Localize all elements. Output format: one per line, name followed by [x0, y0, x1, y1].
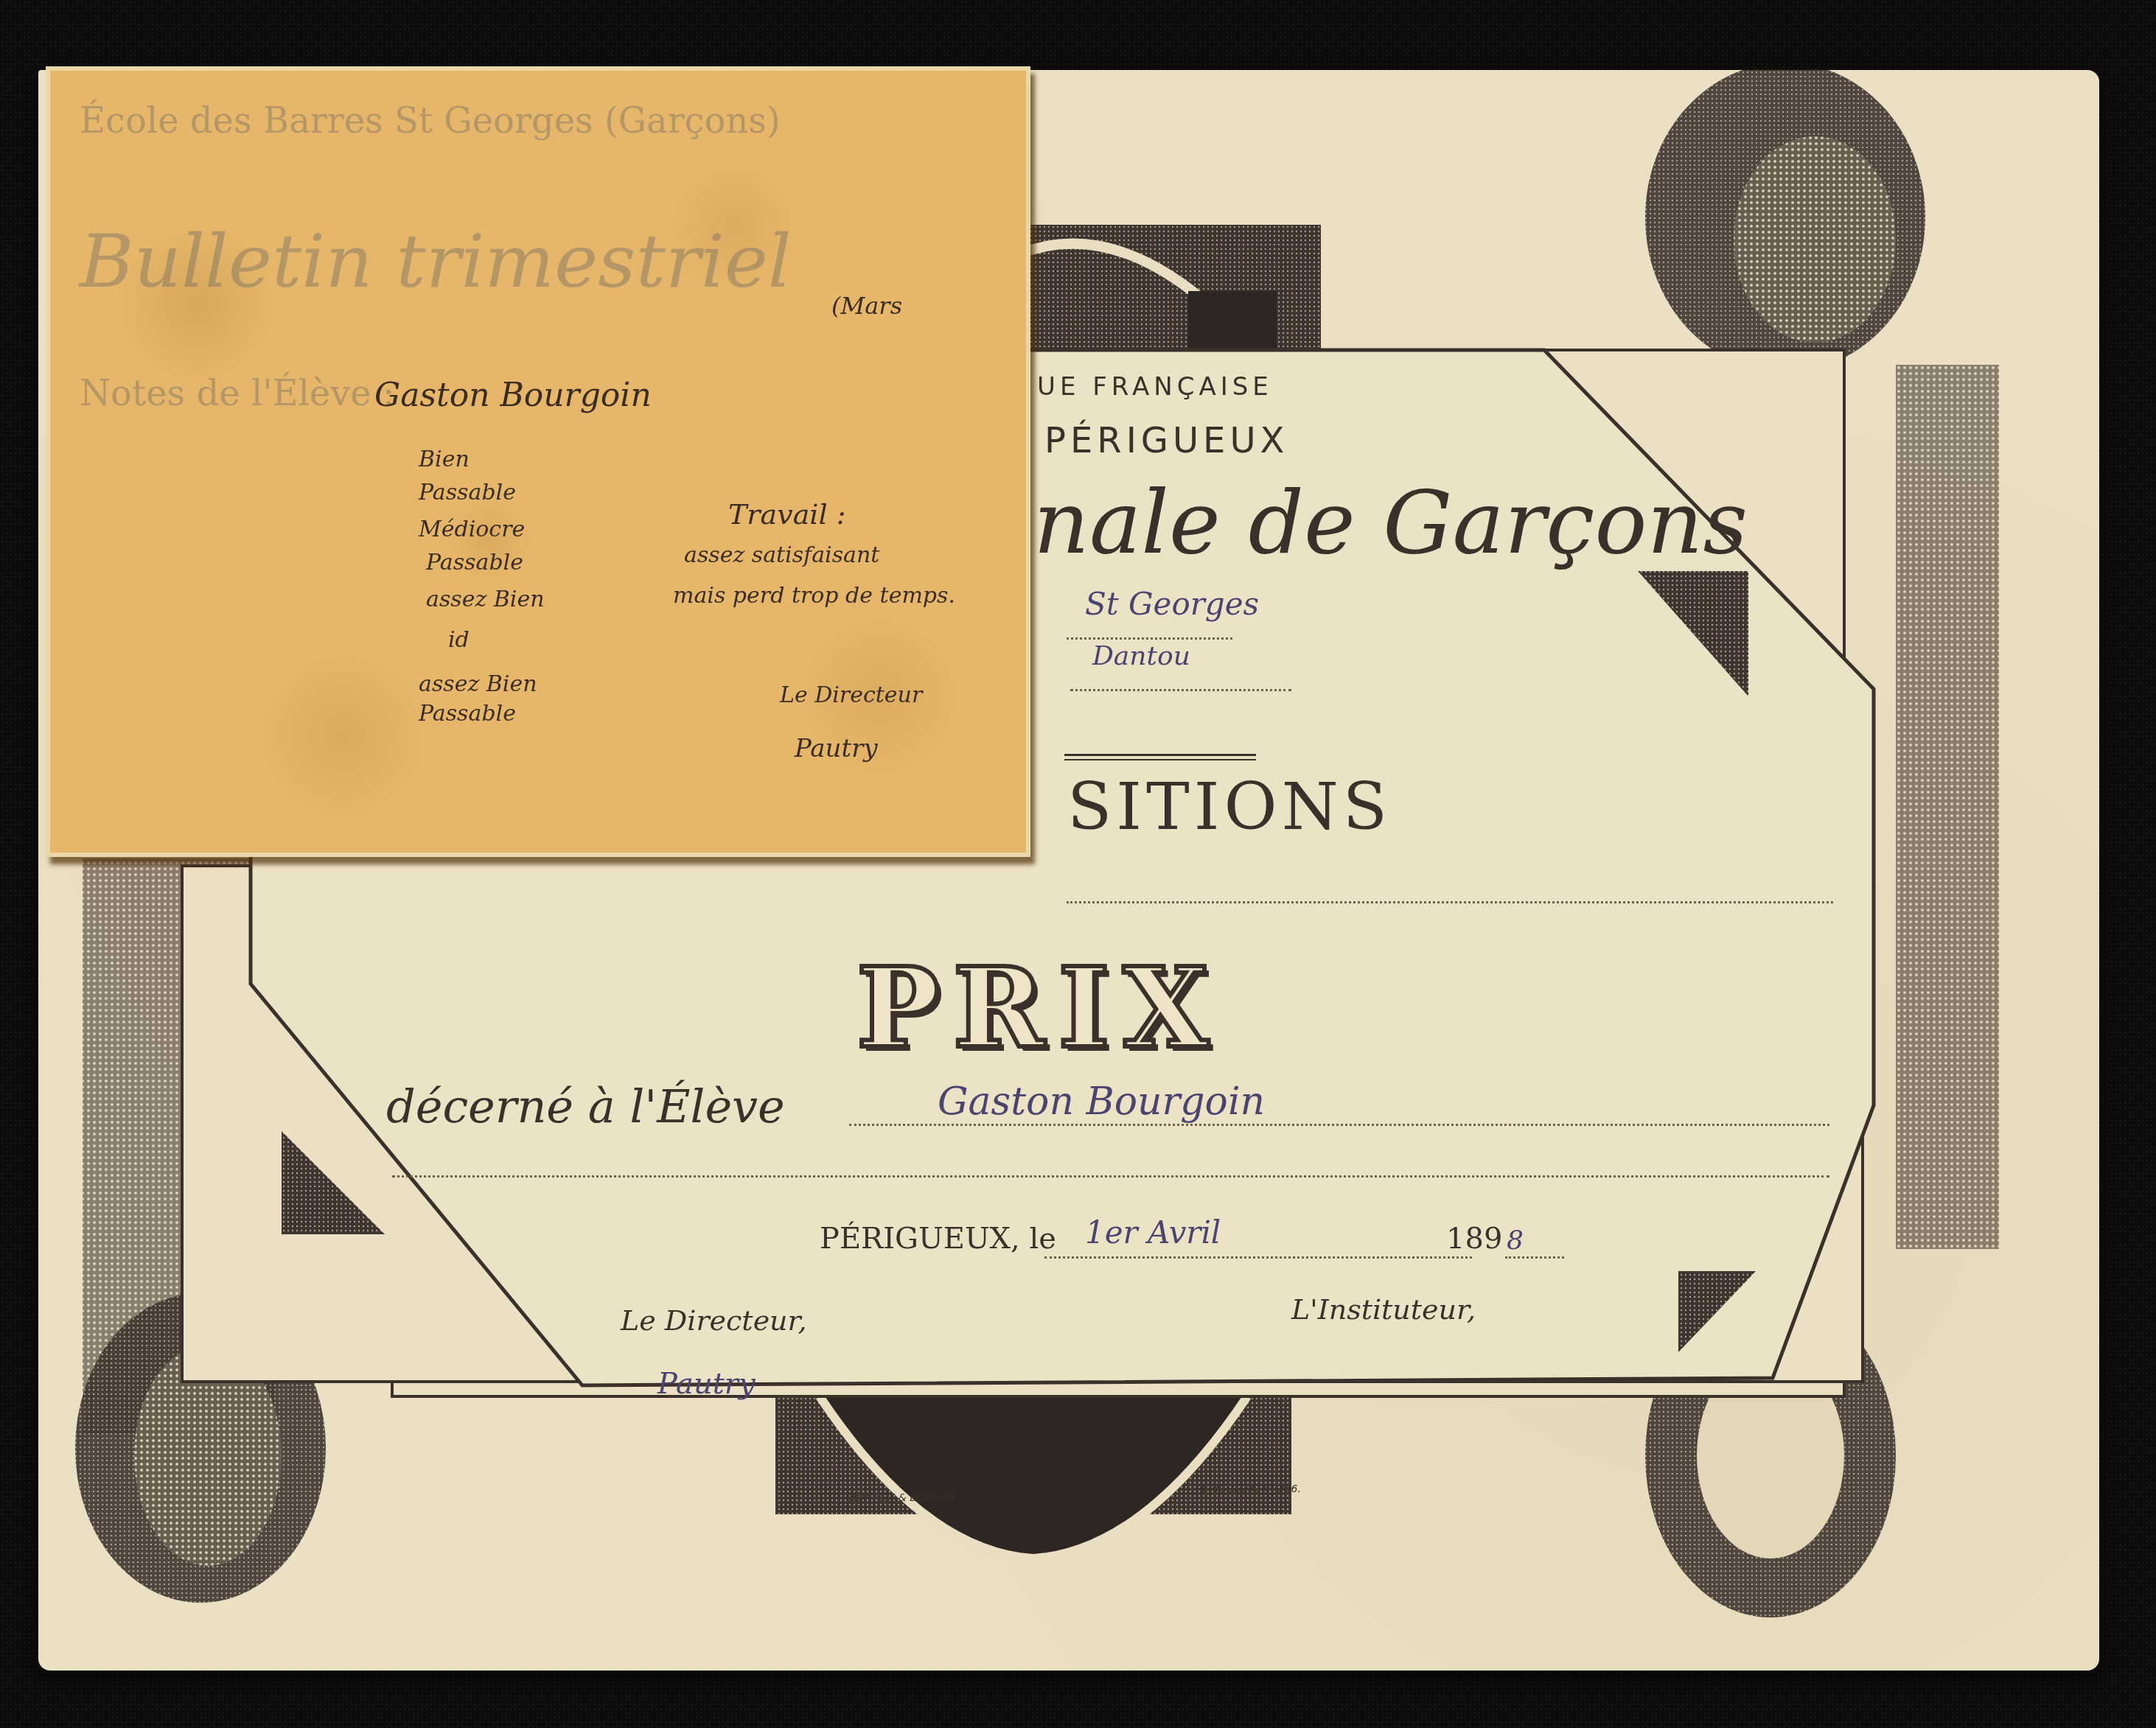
- heading-text: SITIONS: [1067, 769, 1392, 844]
- bulletin-period: (Mars: [831, 292, 902, 320]
- teacher-label: L'Instituteur,: [1291, 1293, 1476, 1326]
- grade-8: Passable: [419, 701, 516, 727]
- medallion-top-right: [1645, 70, 1925, 372]
- student-name-line: [849, 1124, 1829, 1126]
- school-name-handwritten: St Georges: [1085, 586, 1259, 622]
- heading-rule: [1064, 754, 1256, 760]
- extra-line: [392, 1175, 1829, 1178]
- awarded-to-label: décerné à l'Élève: [386, 1080, 785, 1133]
- student-name: Gaston Bourgoin: [938, 1080, 1265, 1124]
- notes-label: Notes de l'Élève :: [80, 373, 394, 414]
- bottom-ornament: [775, 1389, 1291, 1559]
- bulletin-signature-label: Le Directeur: [780, 682, 922, 708]
- grade-4: Passable: [426, 550, 523, 576]
- printer-right: PÉRIGUEUX. N° 356.: [1196, 1483, 1301, 1495]
- year-line: [1505, 1256, 1564, 1259]
- bulletin-student-name: Gaston Bourgoin: [374, 377, 652, 414]
- director-signature: Pautry: [657, 1367, 756, 1401]
- school-title: nale de Garçons: [1033, 472, 1748, 573]
- city-text: PÉRIGUEUX: [1044, 420, 1288, 461]
- bulletin-header: École des Barres St Georges (Garçons): [80, 100, 781, 141]
- date-line: [1044, 1256, 1472, 1259]
- grade-6: id: [448, 627, 470, 653]
- remarks-title: Travail :: [728, 498, 845, 531]
- report-card: École des Barres St Georges (Garçons) Bu…: [46, 66, 1030, 857]
- teacher-name-line: [1070, 689, 1291, 691]
- grade-2: Passable: [419, 480, 516, 506]
- remarks-line-1: assez satisfaisant: [684, 542, 879, 568]
- place-date-label: PÉRIGUEUX, le: [820, 1222, 1056, 1256]
- grade-3: Médiocre: [419, 517, 525, 542]
- heading-line: [1067, 901, 1833, 903]
- top-ornament: [1011, 225, 1321, 350]
- date-handwritten: 1er Avril: [1085, 1214, 1221, 1250]
- teacher-name-handwritten: Dantou: [1092, 641, 1190, 671]
- award-title: PRIX: [857, 943, 1222, 1073]
- year-digit-handwritten: 8: [1507, 1225, 1524, 1256]
- bulletin-signature: Pautry: [795, 734, 878, 763]
- school-name-line: [1067, 637, 1232, 640]
- grade-1: Bien: [419, 447, 470, 472]
- printer-left: RONTEIX & BONHUR.: [849, 1492, 958, 1504]
- grade-5: assez Bien: [426, 587, 545, 612]
- bulletin-title: Bulletin trimestriel: [80, 218, 792, 304]
- director-label: Le Directeur,: [621, 1304, 807, 1337]
- year-printed: 189: [1446, 1222, 1502, 1256]
- republic-text: UE FRANÇAISE: [1037, 372, 1273, 402]
- remarks-line-2: mais perd trop de temps.: [673, 583, 955, 609]
- grade-7: assez Bien: [419, 671, 537, 697]
